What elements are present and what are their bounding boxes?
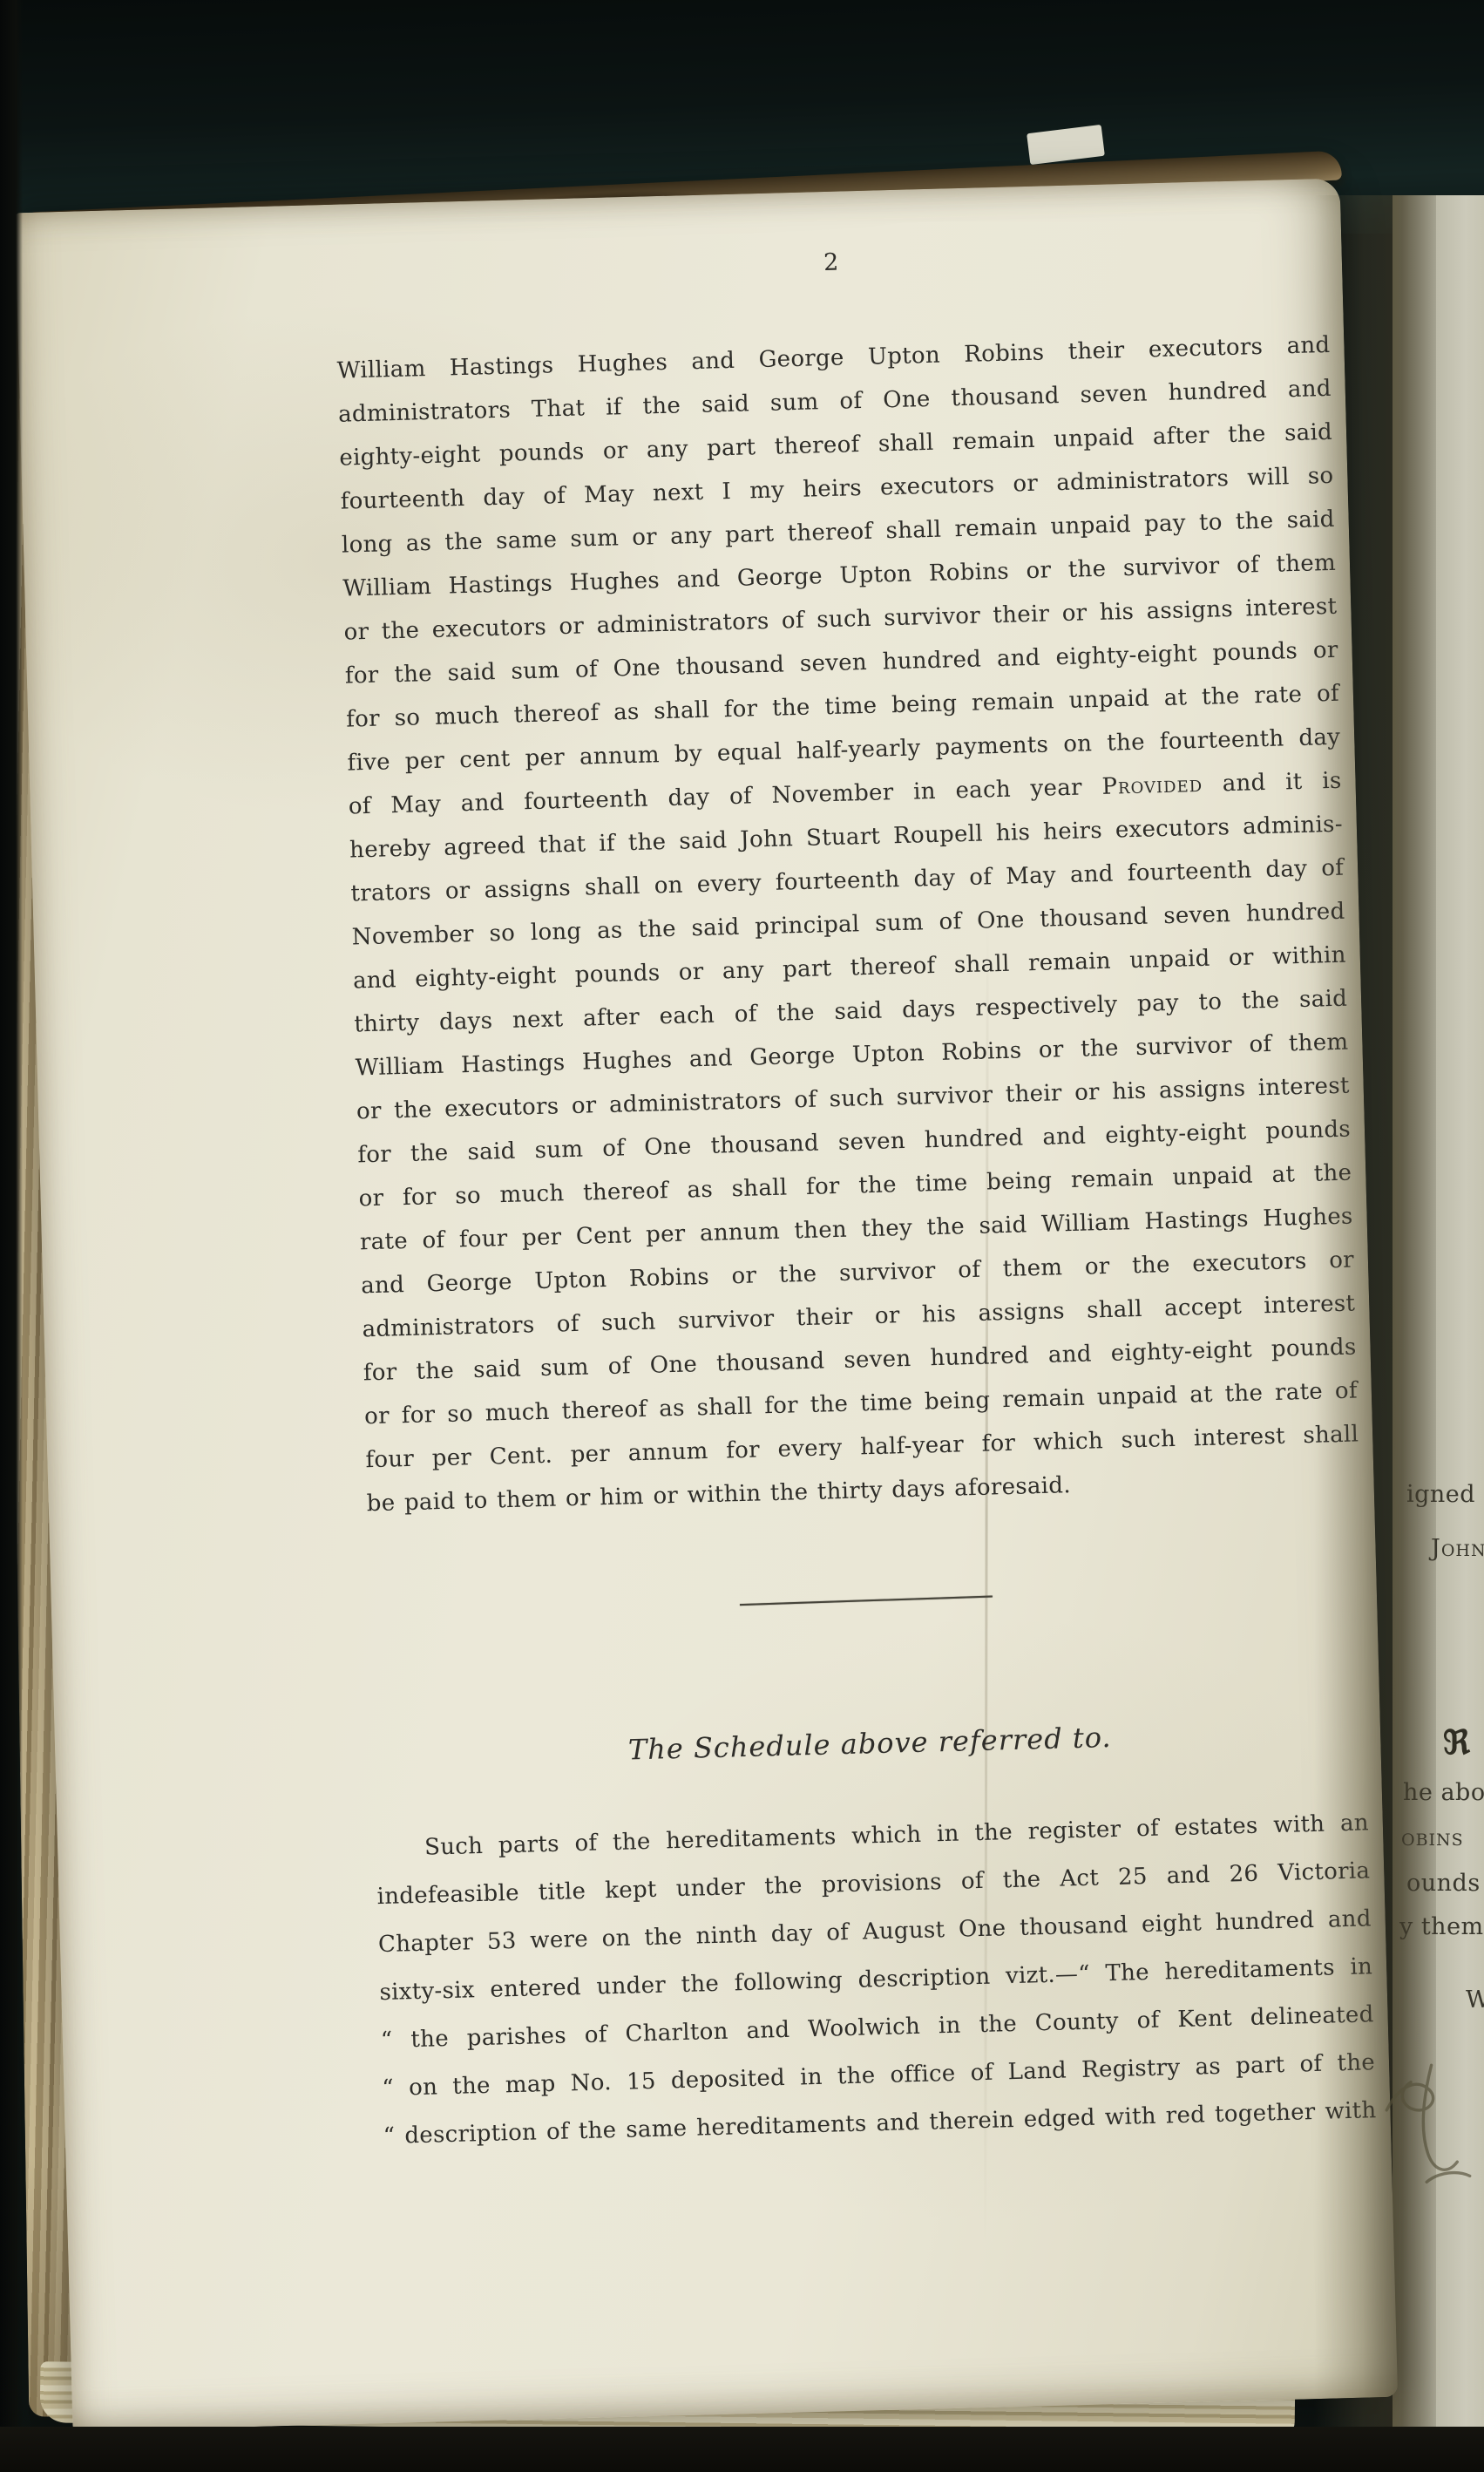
facing-page-text-fragment: he abo [1403,1779,1484,1806]
book-page: 2 William Hastings Hughes and George Upt… [15,179,1398,2432]
handwritten-mark [1369,2043,1484,2204]
book-bottom-shadow [0,2427,1484,2472]
photo-frame: igned sJohnℜhe aboobinsoundsy themW 2 Wi… [0,0,1484,2472]
facing-page-text-fragment: ounds [1406,1870,1481,1897]
section-divider [740,1596,993,1606]
facing-page-text-fragment: igned s [1406,1481,1484,1508]
facing-page-text-fragment: obins [1401,1824,1464,1851]
facing-page-text-fragment: W [1466,1986,1484,2014]
facing-page-text-fragment: ℜ [1443,1722,1470,1762]
facing-page-text-fragment: y them [1399,1913,1484,1940]
photo-left-vignette [0,0,23,2472]
deed-paragraph: William Hastings Hughes and George Upton… [336,323,1360,1525]
page-number: 2 [334,233,1328,294]
schedule-heading: The Schedule above referred to. [373,1710,1367,1776]
smallcaps-word: Provided [1101,771,1203,800]
facing-page-text-fragment: John [1431,1535,1484,1562]
page-content: 2 William Hastings Hughes and George Upt… [333,179,1377,2161]
schedule-paragraph: Such parts of the hereditaments which in… [376,1799,1378,2161]
